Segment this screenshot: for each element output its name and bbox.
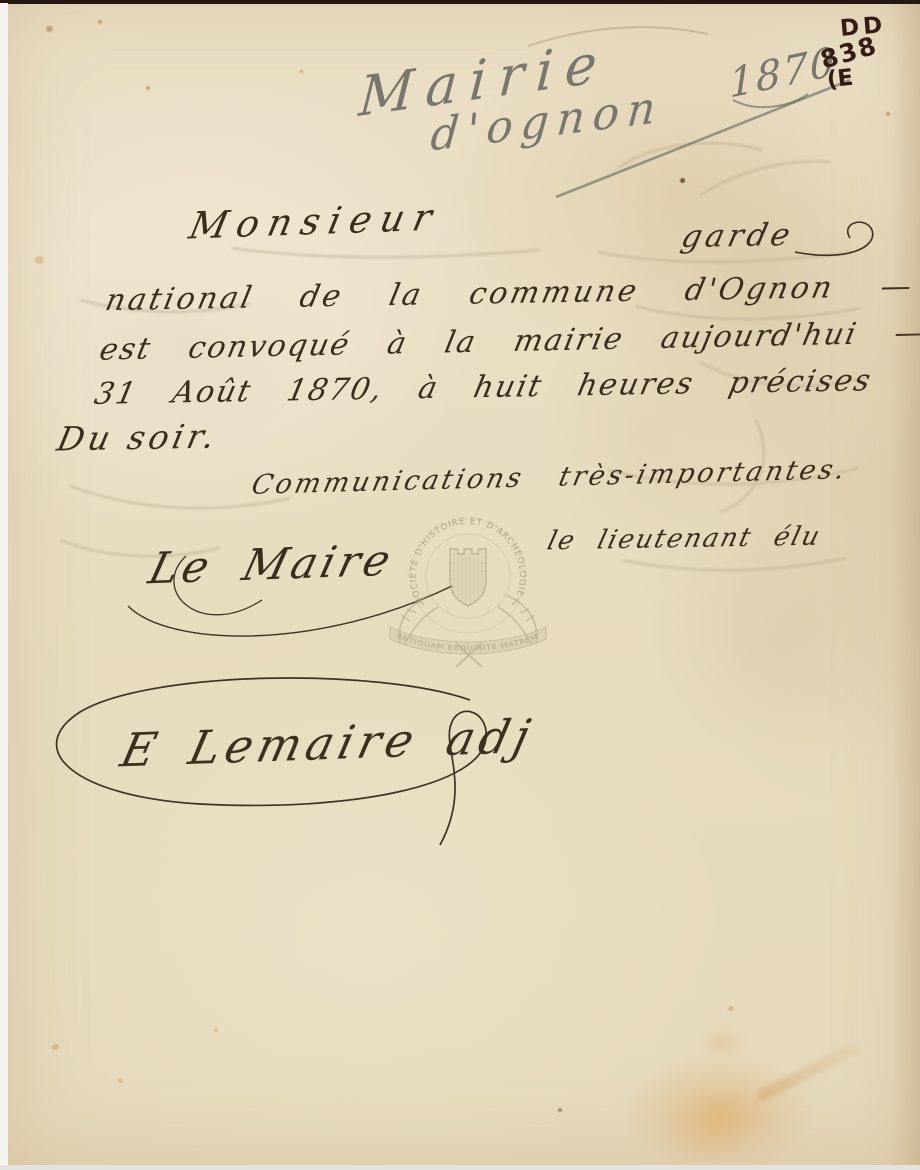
- scan-edge-shade: [890, 0, 920, 1170]
- stamp-motto: ANTIQUAM EXQUIRITE MATREM: [395, 631, 540, 652]
- bleed-through-marks: [0, 0, 920, 1170]
- scan-edge-left: [0, 3, 8, 1165]
- scanned-letter-page: SOCIÉTÉ D'HISTOIRE ET D'ARCHÉOLOGIE DE S…: [0, 0, 920, 1170]
- foxing-spot: [214, 1028, 218, 1032]
- bleed-through-shade: [650, 520, 920, 760]
- letter-line-2: national de la commune d'Ognon —: [102, 269, 917, 318]
- letter-salutation: Monsieur: [185, 195, 444, 247]
- letter-line-5: Du soir.: [54, 417, 223, 459]
- letter-recipient-role: garde: [678, 217, 798, 255]
- stamp-shield: [450, 549, 486, 606]
- age-stain: [700, 1028, 746, 1058]
- garde-flourish: [795, 222, 873, 255]
- letter-line-3: est convoqué à la mairie aujourd'hui —: [96, 315, 920, 367]
- le-maire-flourish: [128, 586, 452, 636]
- foxing-spot: [300, 70, 303, 73]
- archive-ref-line3: (E: [826, 65, 855, 94]
- foxing-spot: [146, 86, 150, 90]
- paper-sheet: SOCIÉTÉ D'HISTOIRE ET D'ARCHÉOLOGIE DE S…: [0, 0, 920, 1170]
- svg-text:ANTIQUAM EXQUIRITE MATREM: ANTIQUAM EXQUIRITE MATREM: [395, 631, 540, 652]
- signature-name: E Lemaire adj: [116, 709, 540, 778]
- age-stain: [625, 1055, 815, 1170]
- foxing-spot: [52, 1044, 59, 1050]
- foxing-spot: [35, 256, 44, 264]
- foxing-spot: [46, 26, 53, 32]
- stamp-branches: [399, 595, 536, 667]
- foxing-spot: [118, 1078, 123, 1083]
- foxing-spot: [98, 20, 102, 24]
- letter-signoff-maire: Le Maire: [144, 536, 400, 595]
- scan-edge-top: [0, 0, 920, 4]
- foxing-spot: [680, 178, 685, 183]
- stamp-ribbon: [390, 627, 546, 654]
- foxing-spot: [558, 1108, 562, 1112]
- scan-edge-bottom: [0, 1165, 920, 1170]
- letter-line-4: 31 Août 1870, à huit heures précises: [91, 363, 875, 412]
- letter-line-6: Communications très-importantes.: [249, 454, 851, 501]
- society-seal-stamp: SOCIÉTÉ D'HISTOIRE ET D'ARCHÉOLOGIE DE S…: [370, 503, 570, 671]
- age-stain-streak: [755, 1041, 860, 1103]
- age-stain: [656, 1075, 781, 1170]
- foxing-spot: [728, 1006, 734, 1011]
- letter-signoff-lieutenant: le lieutenant élu: [544, 522, 824, 557]
